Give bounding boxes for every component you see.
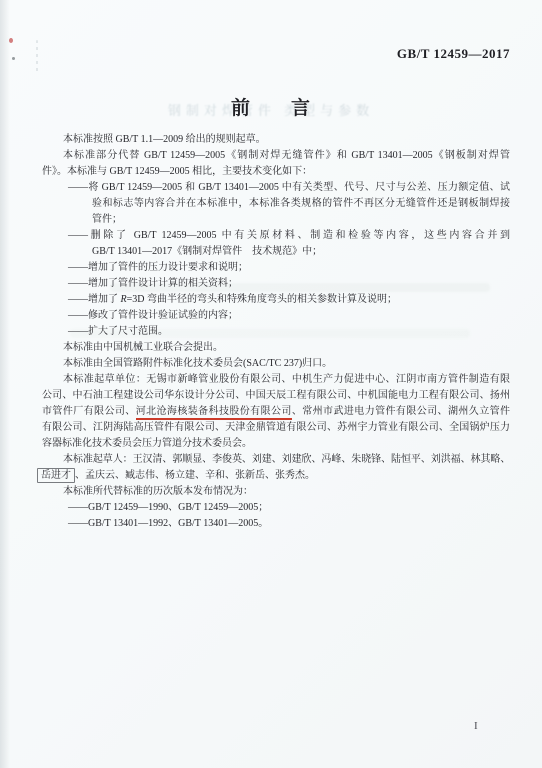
- text-segment: 、孟庆云、臧志伟、杨立建、辛和、张新岳、张秀杰。: [75, 470, 315, 481]
- red-underlined-company: 河北沧海核装备科技股份有限公司: [136, 406, 292, 420]
- text-line: 本标准起草人：王汉清、郭顺显、李俊英、刘建、刘建欣、冯峰、朱晓锋、陆恒平、刘洪福…: [42, 452, 510, 468]
- scan-speck: [12, 57, 15, 60]
- document-page: GB/T 12459—2017 钢制对焊管件 类型与参数 前 言 本标准按照 G…: [0, 0, 542, 768]
- text-segment: ——增加了: [68, 294, 121, 305]
- text-line: ——删除了 GB/T 12459—2005 中有关原材料、制造和检验等内容，这些…: [42, 228, 510, 244]
- page-number: I: [474, 720, 478, 732]
- text-line: GB/T 13401—2017《钢制对焊管件 技术规范》中；: [42, 244, 510, 260]
- text-line: 容器标准化技术委员会压力管道分技术委员会。: [42, 436, 510, 452]
- text-segment: 、常州市武进电力管件有限公司、湖州久立管件: [292, 406, 510, 417]
- foreword-body: 本标准按照 GB/T 1.1—2009 给出的规则起草。 本标准部分代替 GB/…: [42, 132, 510, 532]
- standard-code: GB/T 12459—2017: [397, 46, 510, 62]
- text-segment: 市管件厂有限公司、: [42, 406, 136, 417]
- text-line: ——增加了管件设计计算的相关资料；: [42, 276, 510, 292]
- foreword-title: 前 言: [0, 93, 542, 120]
- text-line: ——修改了管件设计验证试验的内容；: [42, 308, 510, 324]
- text-line: 本标准按照 GB/T 1.1—2009 给出的规则起草。: [42, 132, 510, 148]
- text-line: ——扩大了尺寸范围。: [42, 324, 510, 340]
- text-line: 市管件厂有限公司、河北沧海核装备科技股份有限公司、常州市武进电力管件有限公司、湖…: [42, 404, 510, 420]
- text-line: 本标准部分代替 GB/T 12459—2005《钢制对焊无缝管件》和 GB/T …: [42, 148, 510, 164]
- scan-speck: [9, 38, 13, 43]
- text-line: ——将 GB/T 12459—2005 和 GB/T 13401—2005 中有…: [42, 180, 510, 196]
- scan-artifact-band: [36, 40, 38, 74]
- text-line: 验和标志等内容合并在本标准中，本标准各类规格的管件不再区分无缝管件还是钢板制焊接: [42, 196, 510, 212]
- text-segment: =3D 弯曲半径的弯头和特殊角度弯头的相关参数计算及说明；: [127, 294, 397, 305]
- text-line: ——增加了管件的压力设计要求和说明；: [42, 260, 510, 276]
- boxed-drafter-name: 岳进才: [37, 468, 75, 483]
- text-line: 有限公司、江阴海陆高压管件有限公司、天津金鼎管道有限公司、苏州宇力管业有限公司、…: [42, 420, 510, 436]
- text-line: 岳进才、孟庆云、臧志伟、杨立建、辛和、张新岳、张秀杰。: [42, 468, 510, 484]
- text-line: 件》。本标准与 GB/T 12459—2005 相比，主要技术变化如下：: [42, 164, 510, 180]
- text-line: 管件；: [42, 212, 510, 228]
- text-line: 本标准所代替标准的历次版本发布情况为：: [42, 484, 510, 500]
- text-line: 本标准由全国管路附件标准化技术委员会(SAC/TC 237)归口。: [42, 356, 510, 372]
- text-line: ——GB/T 12459—1990、GB/T 12459—2005；: [42, 500, 510, 516]
- text-line: 本标准由中国机械工业联合会提出。: [42, 340, 510, 356]
- text-line: 本标准起草单位：无锡市新峰管业股份有限公司、中机生产力促进中心、江阴市南方管件制…: [42, 372, 510, 388]
- text-line: ——GB/T 13401—1992、GB/T 13401—2005。: [42, 516, 510, 532]
- text-line: ——增加了 R=3D 弯曲半径的弯头和特殊角度弯头的相关参数计算及说明；: [42, 292, 510, 308]
- text-line: 公司、中石油工程建设公司华东设计分公司、中国天辰工程有限公司、中机国能电力工程有…: [42, 388, 510, 404]
